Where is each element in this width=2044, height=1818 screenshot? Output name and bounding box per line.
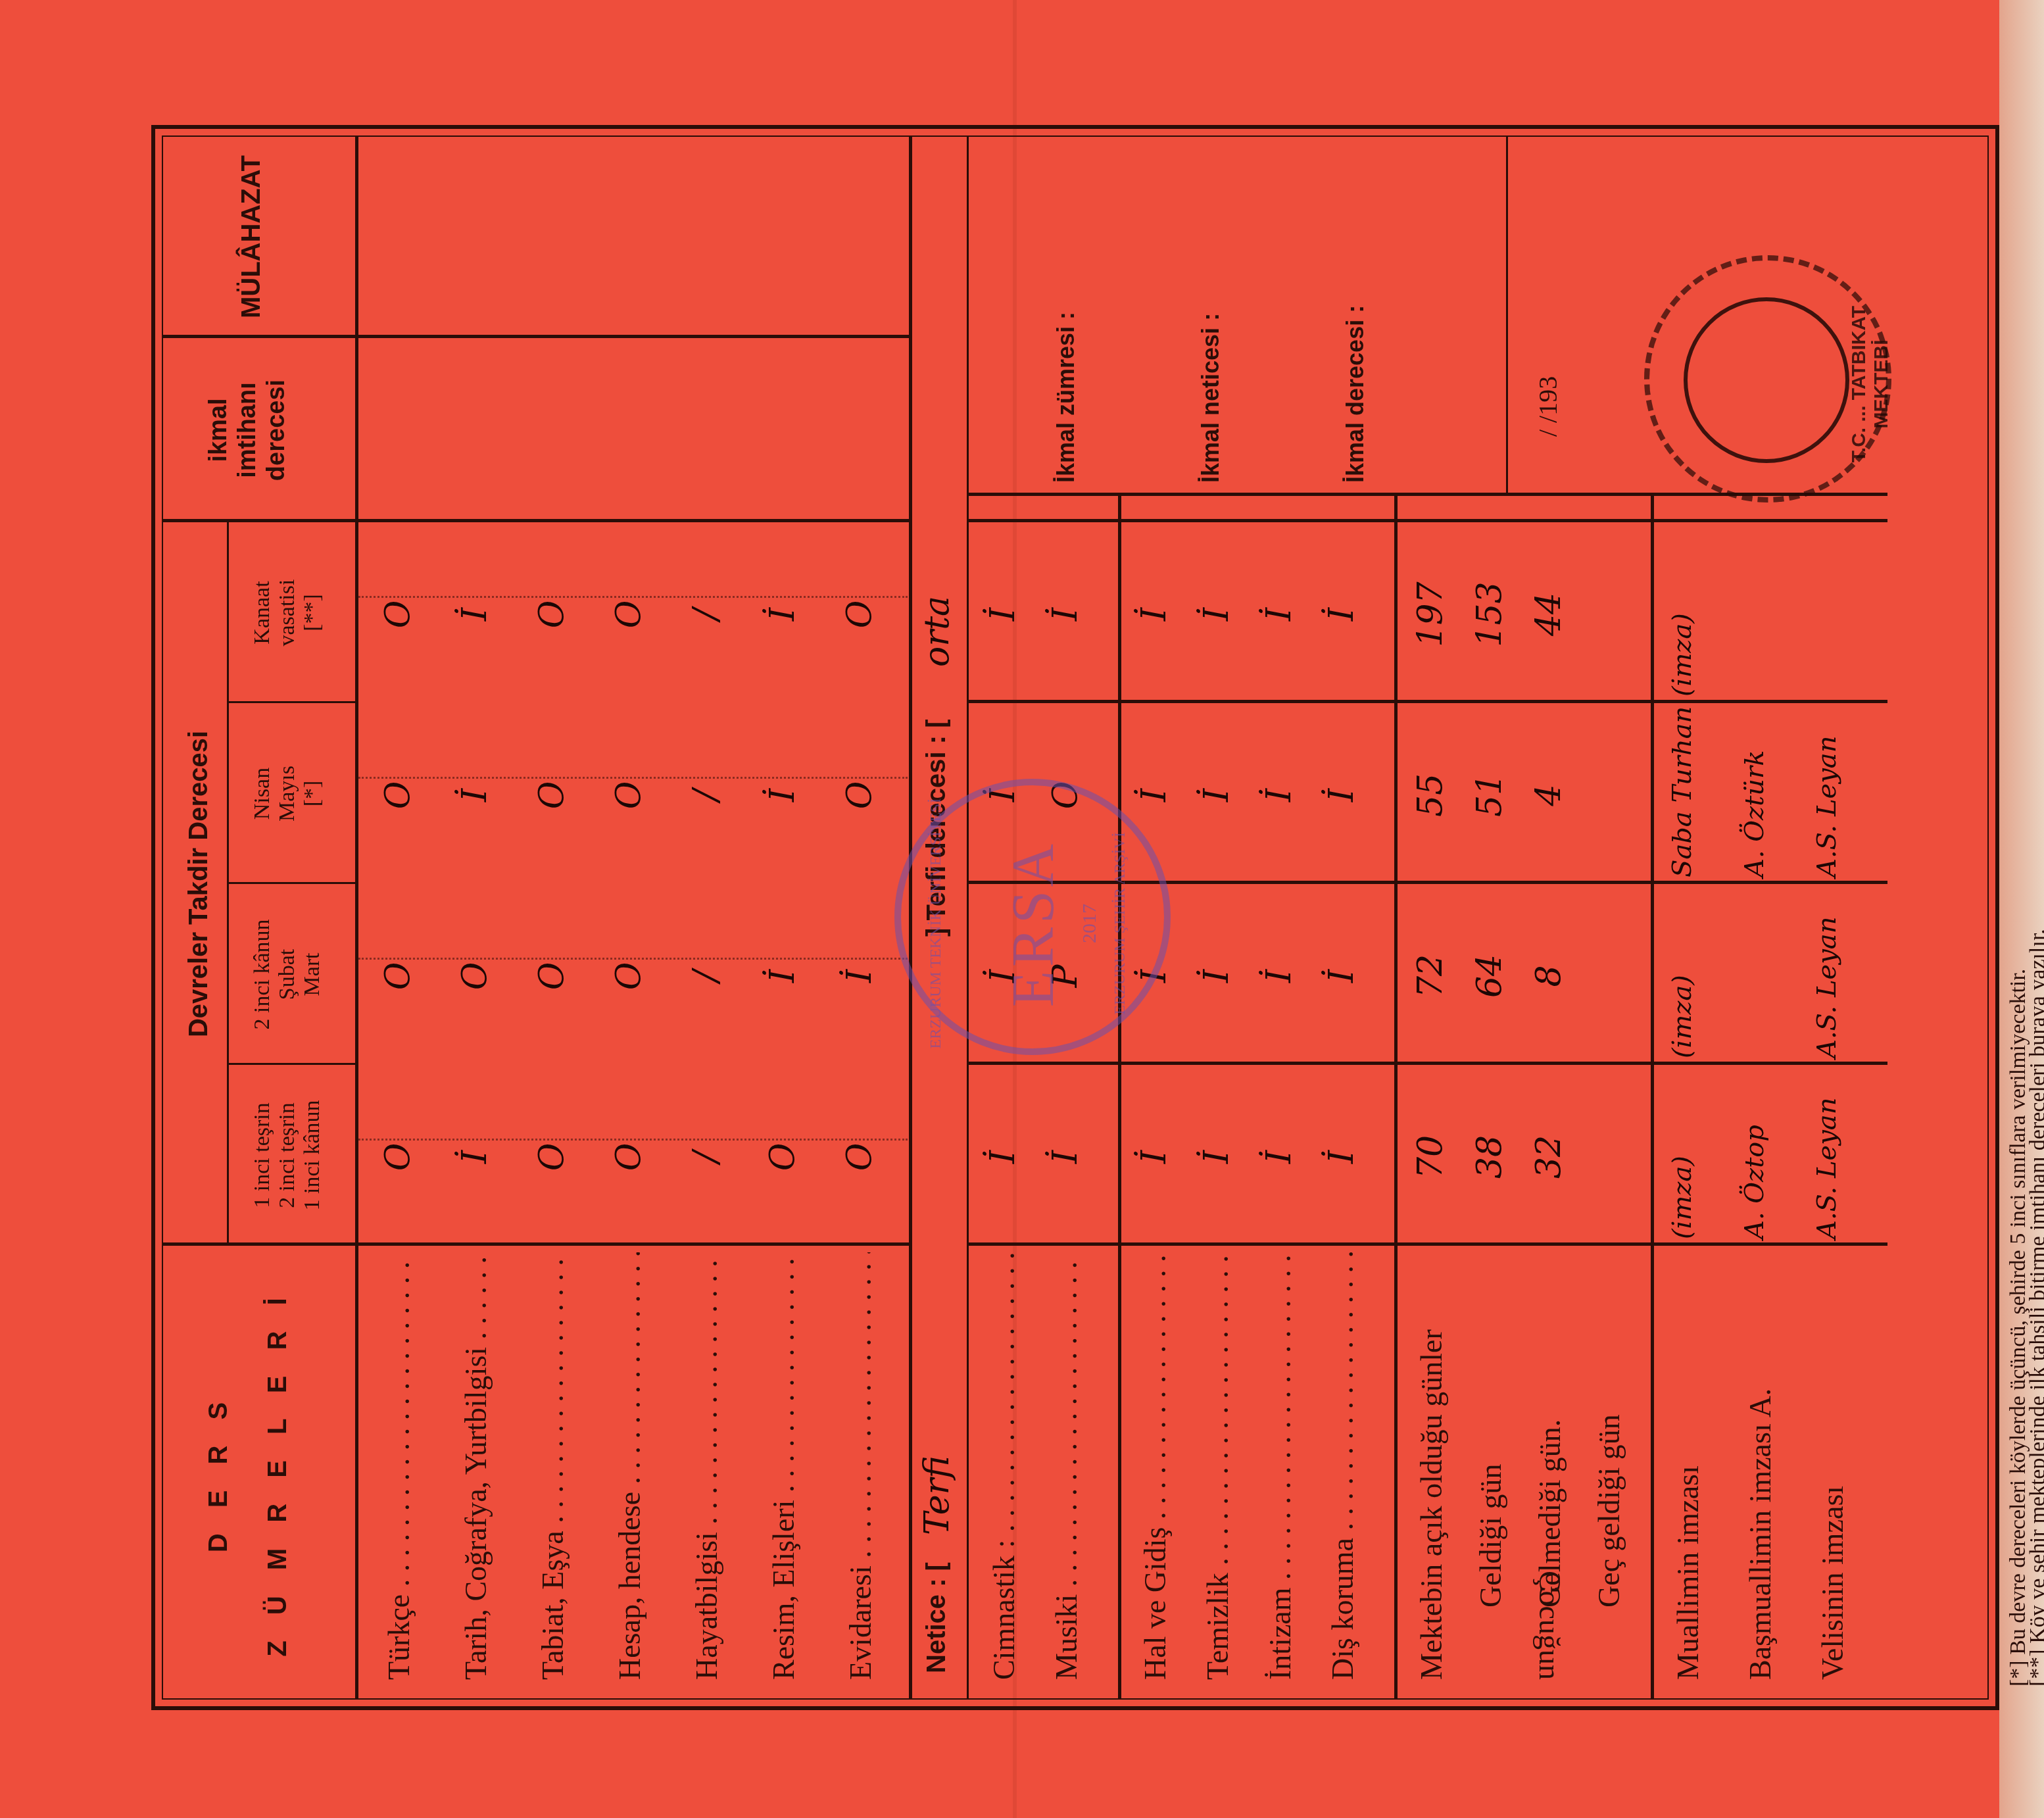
signature[interactable]: Saba Turhan (1667, 706, 1697, 877)
grade-cell[interactable]: İ (1197, 759, 1236, 831)
signature[interactable]: A.S. Leyan (1812, 917, 1842, 1058)
conduct-label: Temizlik (1200, 1252, 1235, 1680)
grade-cell[interactable]: İ (1259, 1121, 1299, 1193)
arts-label: Musiki (1049, 1252, 1084, 1680)
signature[interactable]: A. Öztürk (1740, 750, 1770, 877)
signature[interactable]: A.S. Leyan (1812, 736, 1842, 877)
report-card-form: D E R S Z Ü M R E L E R İ Devreler Takdi… (0, 0, 2044, 1818)
subject-label: Tarih, Coğrafya, Yurtbilgisi (458, 1252, 493, 1680)
grade-cell[interactable]: İ (1322, 578, 1361, 651)
conduct-label: Hal ve Gidiş (1138, 1252, 1173, 1680)
subject-label: Hesap, hendese (612, 1252, 647, 1680)
grade-cell[interactable]: O (532, 940, 572, 1012)
grade-cell[interactable]: / (686, 759, 725, 831)
signature[interactable]: A. Öztop (1740, 1125, 1770, 1239)
signature-label: Başmuallimin imzası A. (1743, 1388, 1778, 1680)
devreler-title: Devreler Takdir Derecesi (184, 522, 214, 1246)
grade-cell[interactable]: İ (455, 759, 495, 831)
subject-label: Resim, Elişleri (766, 1252, 801, 1680)
grade-cell[interactable]: O (378, 759, 418, 831)
signature[interactable]: (imza) (1667, 613, 1697, 697)
ikmal-neticesi: İkmal neticesi : (1197, 313, 1225, 483)
grade-cell[interactable]: / (686, 940, 725, 1012)
grade-cell[interactable]: O (609, 759, 648, 831)
col-header-1: 1 inci teşrin2 inci teşrin1 inci kânun (250, 1065, 325, 1246)
signature[interactable]: (imza) (1667, 1156, 1697, 1239)
grade-cell[interactable]: İ (1134, 578, 1174, 651)
zumreleri-title: Z Ü M R E L E R İ (263, 1246, 293, 1700)
signature-label: Muallimin imzası (1670, 1465, 1705, 1680)
grade-cell[interactable]: İ (1046, 1121, 1085, 1193)
grade-cell[interactable]: İ (1322, 1121, 1361, 1193)
grade-cell[interactable]: İ (1259, 940, 1299, 1012)
attendance-label: Geç geldiği gün (1592, 1414, 1626, 1608)
mulahazat-title: MÜLÂHAZAT (237, 135, 266, 338)
subject-label: Türkçe (381, 1252, 416, 1680)
grade-cell[interactable]: O (763, 1121, 802, 1193)
grade-cell[interactable]: O (532, 1121, 572, 1193)
grade-cell[interactable]: İ (1197, 940, 1236, 1012)
grade-cell[interactable]: İ (455, 1121, 495, 1193)
grade-cell[interactable]: İ (1322, 759, 1361, 831)
attendance-value[interactable]: 38 (1470, 1108, 1509, 1206)
school-stamp-text: T.C. ... TATBIKAT MEKTEBİ (1848, 292, 1893, 476)
footnote-2: [**] Köy ve şehir mekteplerinde ilk tahs… (2026, 929, 2044, 1686)
grade-cell[interactable]: İ (1134, 759, 1174, 831)
arts-label: Cimnastik : (986, 1252, 1021, 1680)
col-header-3: NisanMayıs[*] (250, 703, 325, 884)
conduct-label: Diş koruma (1325, 1252, 1360, 1680)
grade-cell[interactable]: O (532, 578, 572, 651)
grade-cell[interactable]: İ (455, 578, 495, 651)
attendance-value[interactable]: 44 (1529, 565, 1569, 664)
lower-label-divider (967, 1242, 1887, 1246)
conduct-label: İntizam (1263, 1252, 1298, 1680)
grade-cell[interactable]: O (609, 1121, 648, 1193)
date-field[interactable]: / /193 (1532, 376, 1563, 437)
grade-cell[interactable]: O (455, 940, 495, 1012)
grade-cell[interactable]: / (686, 578, 725, 651)
subject-label: Tabiat, Eşya (535, 1252, 570, 1680)
grade-cell[interactable]: İ (763, 759, 802, 831)
grade-cell[interactable]: O (840, 759, 879, 831)
terfi-derecesi-value[interactable]: orta (917, 596, 957, 667)
attendance-label: Mektebin açık olduğu günler (1414, 1329, 1449, 1680)
grade-cell[interactable]: O (840, 1121, 879, 1193)
attendance-value[interactable]: 64 (1470, 927, 1509, 1025)
grade-cell[interactable]: İ (1322, 940, 1361, 1012)
archive-stamp-year: 2017 (1079, 792, 1101, 1055)
ikmal-title: ikmalimtihanıderecesi (204, 338, 291, 522)
grade-cell[interactable]: O (378, 578, 418, 651)
attendance-value[interactable]: 153 (1470, 565, 1509, 664)
ikmal-zumresi: İkmal zümresi : (1052, 312, 1080, 483)
grade-cell[interactable]: İ (1134, 1121, 1174, 1193)
grade-cell[interactable]: O (378, 940, 418, 1012)
netice-label: Netice : [ (922, 1562, 952, 1673)
grade-cell[interactable]: İ (840, 940, 879, 1012)
ikmal-derecesi: İkmal derecesi : (1342, 305, 1369, 483)
attendance-value[interactable]: 55 (1411, 746, 1450, 845)
subject-label: Evidaresi (843, 1252, 878, 1680)
signature[interactable]: A.S. Leyan (1812, 1098, 1842, 1239)
attendance-value[interactable]: 70 (1411, 1108, 1450, 1206)
attendance-value[interactable]: 8 (1529, 927, 1569, 1025)
subject-label: Hayatbilgisi (689, 1252, 724, 1680)
col-header-4: Kanaatvasatisi[**] (250, 522, 325, 703)
cocugun-label: Çocuğun (1532, 1571, 1567, 1680)
grade-cell[interactable]: İ (983, 1121, 1023, 1193)
grade-cell[interactable]: O (532, 759, 572, 831)
grade-cell[interactable]: İ (983, 578, 1023, 651)
grade-cell[interactable]: İ (763, 578, 802, 651)
header-divider (355, 135, 358, 1700)
signature-label: Velisinin imzası (1815, 1486, 1850, 1680)
archive-stamp-top: ERZURUM TEKNİK ÜNİVERSİTESİ (927, 792, 945, 1055)
grade-cell[interactable]: O (378, 1121, 418, 1193)
grade-cell[interactable]: İ (1046, 578, 1085, 651)
grade-cell[interactable]: İ (763, 940, 802, 1012)
attendance-value[interactable]: 51 (1470, 746, 1509, 845)
grade-cell[interactable]: O (609, 940, 648, 1012)
netice-value[interactable]: Terfi (917, 1456, 957, 1535)
attendance-value[interactable]: 197 (1411, 565, 1450, 664)
grade-cell[interactable]: O (609, 578, 648, 651)
attendance-value[interactable]: 4 (1529, 746, 1569, 845)
signature[interactable]: (imza) (1667, 975, 1697, 1058)
col-header-2: 2 inci kânunŞubatMart (250, 884, 325, 1065)
grade-cell[interactable]: İ (1259, 578, 1299, 651)
grade-cell[interactable]: / (686, 1121, 725, 1193)
archive-stamp-bottom: ERZURUM ŞEHİR ARŞİVİ (1111, 792, 1129, 1055)
grade-cell[interactable]: İ (1259, 759, 1299, 831)
attendance-value[interactable]: 72 (1411, 927, 1450, 1025)
attendance-value[interactable]: 32 (1529, 1108, 1569, 1206)
devreler-subheader-line (227, 522, 229, 1246)
attendance-label: Geldiği gün (1473, 1464, 1508, 1608)
grade-cell[interactable]: İ (1197, 578, 1236, 651)
grade-cell[interactable]: İ (1197, 1121, 1236, 1193)
grade-cell[interactable]: O (840, 578, 879, 651)
ders-title: D E R S (204, 1246, 233, 1700)
archive-stamp-center: ERSA (1000, 792, 1067, 1055)
